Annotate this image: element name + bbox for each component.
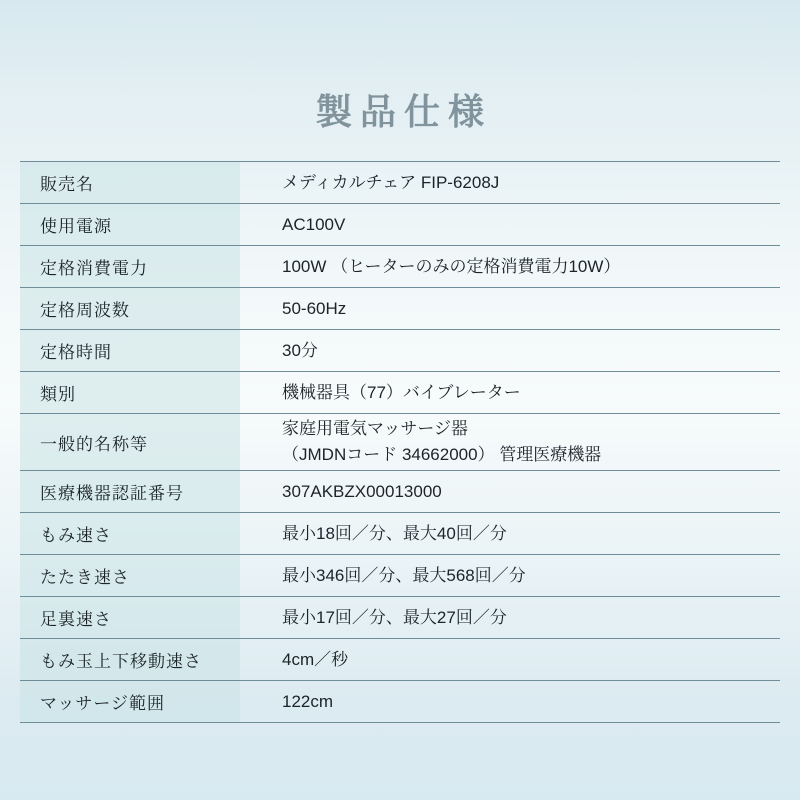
spec-label: もみ速さ [20, 513, 240, 554]
spec-value: 家庭用電気マッサージ器（JMDNコード 34662000） 管理医療機器 [240, 414, 780, 470]
spec-row: もみ玉上下移動速さ 4cm／秒 [20, 638, 780, 680]
spec-table: 販売名 メディカルチェア FIP-6208J 使用電源 AC100V 定格消費電… [20, 161, 780, 723]
spec-label: 類別 [20, 372, 240, 413]
spec-row: もみ速さ 最小18回／分、最大40回／分 [20, 512, 780, 554]
spec-value: 122cm [240, 681, 780, 722]
spec-row: 一般的名称等 家庭用電気マッサージ器（JMDNコード 34662000） 管理医… [20, 413, 780, 470]
spec-row: たたき速さ 最小346回／分、最大568回／分 [20, 554, 780, 596]
spec-label: 一般的名称等 [20, 414, 240, 470]
spec-page: 製品仕様 販売名 メディカルチェア FIP-6208J 使用電源 AC100V … [0, 0, 800, 800]
spec-value-line: 100W （ヒーターのみの定格消費電力10W） [282, 254, 780, 280]
spec-value-line: 家庭用電気マッサージ器 [282, 416, 780, 442]
spec-value-line: 307AKBZX00013000 [282, 479, 780, 505]
spec-label: 定格消費電力 [20, 246, 240, 287]
spec-row: 類別 機械器具（77）バイブレーター [20, 371, 780, 413]
spec-label: 販売名 [20, 162, 240, 203]
spec-value-line: AC100V [282, 212, 780, 238]
spec-value: AC100V [240, 204, 780, 245]
spec-label: もみ玉上下移動速さ [20, 639, 240, 680]
spec-value-line: 最小18回／分、最大40回／分 [282, 521, 780, 547]
spec-row: 足裏速さ 最小17回／分、最大27回／分 [20, 596, 780, 638]
spec-value: 最小17回／分、最大27回／分 [240, 597, 780, 638]
spec-row: 定格時間 30分 [20, 329, 780, 371]
spec-row: 使用電源 AC100V [20, 203, 780, 245]
spec-value-line: メディカルチェア FIP-6208J [282, 170, 780, 196]
spec-value: 307AKBZX00013000 [240, 471, 780, 512]
spec-row: 定格周波数 50-60Hz [20, 287, 780, 329]
spec-row: 医療機器認証番号 307AKBZX00013000 [20, 470, 780, 512]
page-title: 製品仕様 [0, 84, 800, 135]
spec-row: マッサージ範囲 122cm [20, 680, 780, 723]
spec-value: メディカルチェア FIP-6208J [240, 162, 780, 203]
spec-label: たたき速さ [20, 555, 240, 596]
spec-value-line: 4cm／秒 [282, 647, 780, 673]
spec-value-line: 50-60Hz [282, 296, 780, 322]
spec-row: 販売名 メディカルチェア FIP-6208J [20, 161, 780, 203]
spec-value-line: 最小17回／分、最大27回／分 [282, 605, 780, 631]
spec-value: 100W （ヒーターのみの定格消費電力10W） [240, 246, 780, 287]
spec-label: 定格時間 [20, 330, 240, 371]
spec-value-line: 122cm [282, 689, 780, 715]
spec-value-line: 30分 [282, 338, 780, 364]
spec-label: 医療機器認証番号 [20, 471, 240, 512]
spec-value: 30分 [240, 330, 780, 371]
spec-value-line: 機械器具（77）バイブレーター [282, 380, 780, 406]
spec-label: 足裏速さ [20, 597, 240, 638]
spec-value: 機械器具（77）バイブレーター [240, 372, 780, 413]
spec-value-line: （JMDNコード 34662000） 管理医療機器 [282, 442, 780, 468]
spec-label: マッサージ範囲 [20, 681, 240, 722]
spec-row: 定格消費電力 100W （ヒーターのみの定格消費電力10W） [20, 245, 780, 287]
spec-value: 4cm／秒 [240, 639, 780, 680]
spec-value: 最小18回／分、最大40回／分 [240, 513, 780, 554]
spec-label: 定格周波数 [20, 288, 240, 329]
spec-value: 50-60Hz [240, 288, 780, 329]
spec-value: 最小346回／分、最大568回／分 [240, 555, 780, 596]
spec-label: 使用電源 [20, 204, 240, 245]
spec-value-line: 最小346回／分、最大568回／分 [282, 563, 780, 589]
